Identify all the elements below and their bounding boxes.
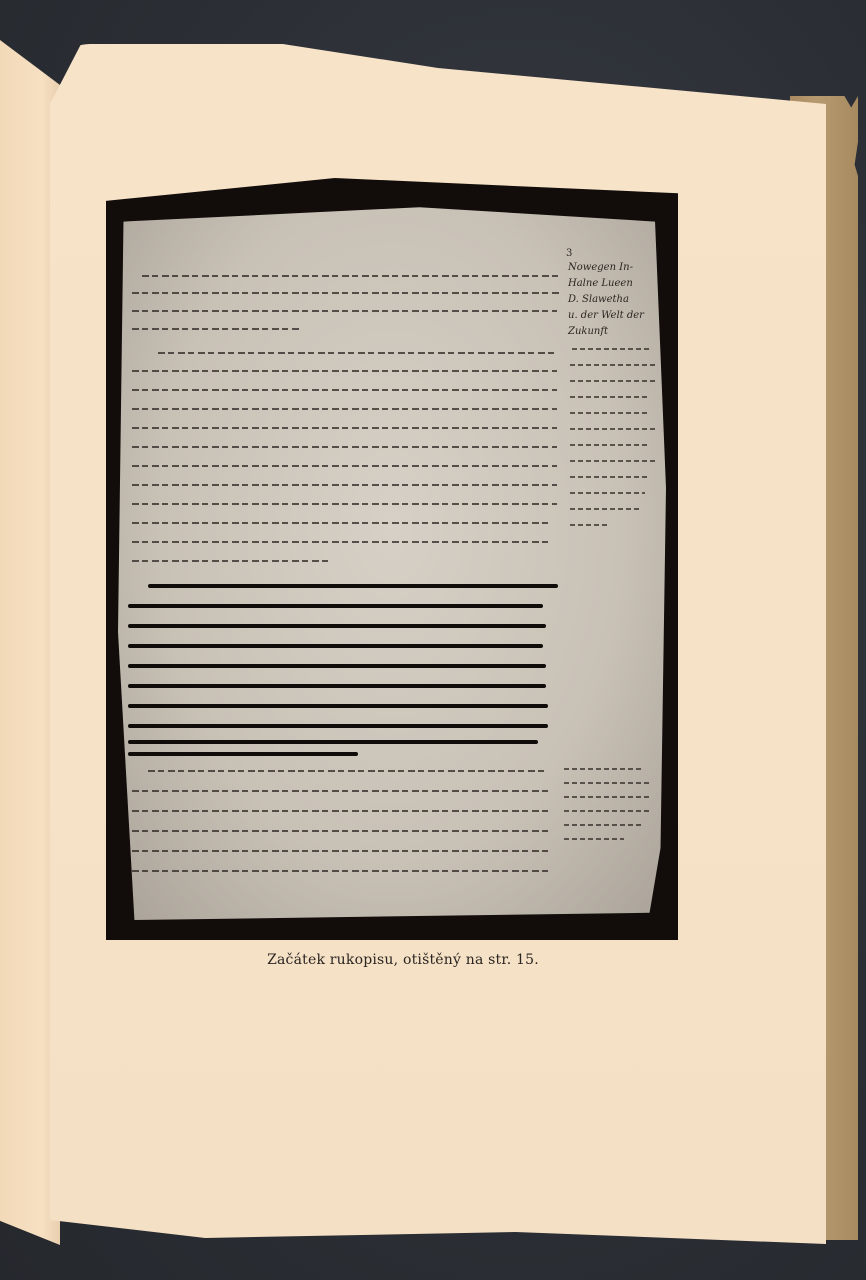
handwriting-line	[132, 328, 302, 330]
margin-note-line: u. der Welt der	[568, 308, 663, 324]
handwriting-line	[148, 770, 548, 772]
handwriting-line	[132, 870, 552, 872]
margin-note-line	[570, 524, 610, 526]
handwriting-line	[132, 292, 562, 294]
handwriting-line	[132, 446, 557, 448]
margin-note-line: D. Slawetha	[568, 292, 663, 308]
handwriting-line	[132, 560, 332, 562]
strikethrough-line	[128, 724, 548, 728]
strikethrough-line	[128, 624, 546, 628]
margin-note-line	[570, 380, 655, 382]
handwriting-line	[158, 352, 558, 354]
handwriting-line	[132, 541, 552, 543]
handwriting-line	[132, 427, 557, 429]
strikethrough-line	[128, 740, 538, 744]
handwriting-line	[132, 484, 557, 486]
margin-note-line	[564, 768, 644, 770]
strikethrough-line	[128, 752, 358, 756]
margin-note-line	[570, 364, 655, 366]
handwriting-line	[132, 370, 557, 372]
handwriting-line	[132, 408, 557, 410]
margin-note-line	[564, 810, 649, 812]
handwriting-line	[132, 790, 552, 792]
margin-note-line	[570, 444, 650, 446]
strikethrough-line	[128, 664, 546, 668]
margin-note-line	[564, 838, 624, 840]
margin-note-line	[570, 428, 655, 430]
handwriting-line	[132, 830, 552, 832]
strikethrough-line	[128, 644, 543, 648]
margin-note-line	[564, 782, 649, 784]
margin-note-line	[572, 348, 652, 350]
strikethrough-line	[128, 704, 548, 708]
plate-caption: Začátek rukopisu, otištěný na str. 15.	[0, 952, 866, 968]
manuscript-page-number: 3	[566, 248, 572, 259]
margin-note-line	[570, 396, 650, 398]
margin-note-line	[570, 412, 650, 414]
plate-caption-text: Začátek rukopisu, otištěný na str. 15.	[267, 952, 539, 968]
handwriting-line	[132, 522, 552, 524]
margin-note-line	[564, 796, 649, 798]
margin-note-line: Nowegen In-	[568, 260, 663, 276]
margin-note-line	[570, 492, 645, 494]
margin-note-line	[570, 460, 655, 462]
handwriting-line	[132, 389, 557, 391]
strikethrough-line	[128, 604, 543, 608]
margin-note-line	[570, 476, 650, 478]
handwriting-line	[132, 465, 557, 467]
strikethrough-line	[148, 584, 558, 588]
handwriting-line	[132, 810, 552, 812]
margin-note-line: Halne Lueen	[568, 276, 663, 292]
margin-note-line	[564, 824, 644, 826]
handwriting-line	[132, 310, 557, 312]
manuscript-photo: 3 Nowegen In- Halne Lueen D. Slawetha u.…	[118, 200, 666, 920]
strikethrough-line	[128, 684, 546, 688]
handwriting-line	[132, 850, 552, 852]
margin-note-line: Zukunft	[568, 324, 663, 340]
margin-note-line	[570, 508, 640, 510]
handwriting-line	[132, 503, 557, 505]
margin-note-top: Nowegen In- Halne Lueen D. Slawetha u. d…	[568, 260, 663, 340]
handwriting-line	[142, 275, 562, 277]
